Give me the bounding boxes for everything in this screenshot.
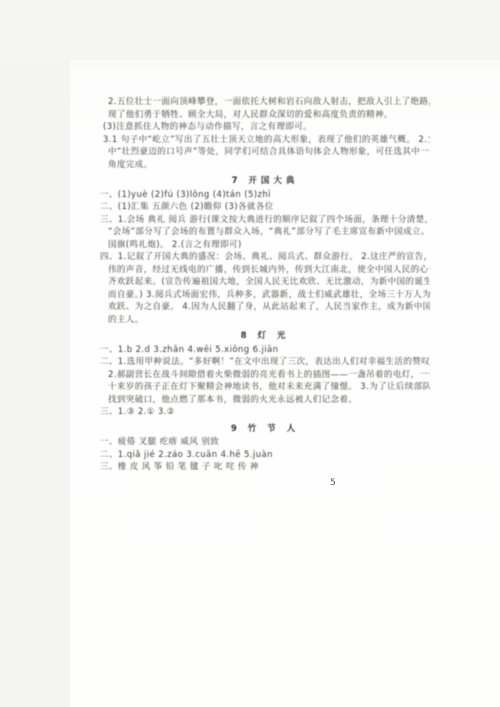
text-line: 三、橡 皮 风 筝 铅 笔 毽 子 叱 咤 传 神 — [100, 461, 430, 474]
text-line: 二、1.qiǎ jié 2.záo 3.cuān 4.hē 5.juàn — [100, 449, 430, 462]
text-line: 二、1.选用甲种说法。“多好啊！”在文中出现了三次，表达出人们对幸福生活的赞叹与… — [100, 356, 430, 369]
text-line: 2.郝副营长在战斗间隙借着火柴微弱的亮光看书上的插图——一盏吊着的电灯，一个 — [100, 369, 430, 382]
text-line: 三、1.会场 典礼 阅兵 游行(课文按大典进行的顺序记叙了四个场面，条理十分清楚… — [100, 214, 430, 227]
text-line: 一、1.b 2.d 3.zhǎn 4.wēi 5.xiōng 6.jiān — [100, 344, 430, 357]
lesson-heading: 7 开国大典 — [100, 175, 430, 188]
text-line: 齐欢跃起来。(宣告传遍祖国大地，全国人民无比欢欣、无比激动，为新中国的诞生 — [100, 276, 430, 289]
text-line: 而自豪。) 3.阅兵式场面宏伟，兵种多，武器新，战士们威武雄壮，全场三十万人为之 — [100, 289, 430, 302]
text-line: 的主人。 — [100, 314, 430, 327]
text-line: 三、1.③ 2.① 3.② — [100, 406, 430, 419]
text-line: 欢跃、为之自豪。 4.因为人民翻了身，从此站起来了，人民当家作主，成为新中国真正 — [100, 301, 430, 314]
text-line: 一、疲倦 叉腿 疙瘩 威风 别致 — [100, 436, 430, 449]
lesson-heading: 8 灯 光 — [100, 330, 430, 343]
text-line: 找到突破口，他点燃了那本书，微弱的火光永远被人们记念着。 — [100, 394, 430, 407]
text-line: 伟的声音，经过无线电的广播，传到长城内外，传到大江南北，使全中国人民的心一 — [100, 264, 430, 277]
text-line: 二、(1)汇集 五颜六色 (2)瞻仰 (3)各就各位 — [100, 201, 430, 214]
text-line: (3)注意抓住人物的神态与动作描写，言之有理即可。 — [100, 121, 430, 134]
scan-background-band — [0, 0, 500, 60]
text-line: 角度完成。 — [100, 159, 430, 172]
text-line: 四、1.记叙了开国大典的盛况：会场、典礼、阅兵式、群众游行。 2.这庄严的宣告，… — [100, 251, 430, 264]
text-line: 2.五位壮士一面向顶峰攀登，一面依托大树和岩石向敌人射击，把敌人引上了绝路，体 — [100, 96, 430, 109]
lesson-heading: 9 竹 节 人 — [100, 423, 430, 436]
text-line: 十来岁的孩子正在灯下聚精会神地读书，他对未来充满了憧憬。 3.为了让后续部队 — [100, 381, 430, 394]
text-line: 3.1 句子中“屹立”写出了五壮士顶天立地的高大形象，表现了他们的英雄气概。 2… — [100, 134, 430, 147]
text-line: 国旗(鸣礼炮)。 2.(言之有理即可) — [100, 239, 430, 252]
text-line: 一、(1)yuè (2)fú (3)lǒng (4)tán (5)zhì — [100, 189, 430, 202]
text-line: 中“壮烈豪迈的口号声”等处，同学们可结合具体语句体会人物形象，可任选其中一个 — [100, 146, 430, 159]
text-line: 现了他们勇于牺牲、顾全大局，对人民群众深切的爱和高度负责的精神。 — [100, 109, 430, 122]
page-number: 5 — [330, 478, 336, 488]
text-line: “会场”部分写了会场的布置与群众入场，“典礼”部分写了毛主席宣布新中国成立、升 — [100, 226, 430, 239]
page-text-column: 2.五位壮士一面向顶峰攀登，一面依托大树和岩石向敌人射击，把敌人引上了绝路，体 … — [100, 96, 430, 474]
